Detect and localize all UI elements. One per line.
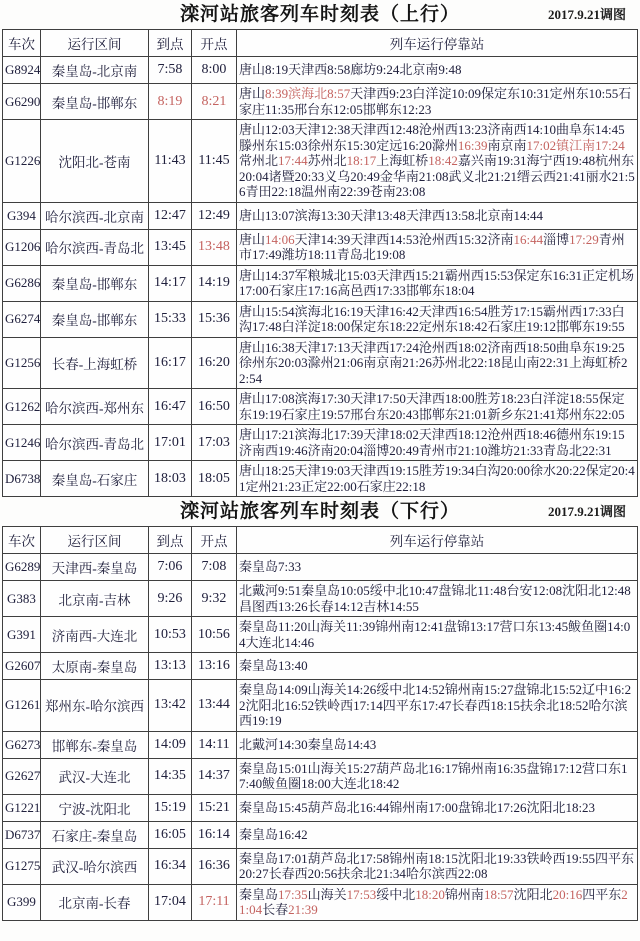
arrive-time-cell: 13:45 [149,229,192,265]
depart-time-cell: 15:21 [192,794,237,821]
stop-segment: 17:29 [569,232,599,247]
timetable-page: 滦河站旅客列车时刻表（上行） 2017.9.21调图 车次运行区间到点开点列车运… [0,0,640,921]
train-number-cell: G1261 [3,680,41,732]
train-row: G8924 秦皇岛-北京南 7:58 8:00 唐山8:19天津西8:58廊坊9… [3,57,638,84]
train-row: G6290 秦皇岛-邯郸东 8:19 8:21 唐山8:39滨海北8:57天津西… [3,84,638,120]
stop-segment: 唐山18:25天津19:03天津西19:15胜芳19:34白沟20:00徐水20… [239,463,635,494]
stops-cell: 唐山16:38天津17:13天津西17:24沧州西18:02济南西18:50曲阜… [237,337,638,389]
train-number-cell: G383 [3,581,41,617]
rows-body: G6289 天津西-秦皇岛 7:06 7:08 秦皇岛7:33 G383 北京南… [3,554,638,921]
column-header: 列车运行停靠站 [237,527,638,554]
route-cell: 秦皇岛-邯郸东 [41,265,149,301]
stops-cell: 唐山14:06天津14:39天津西14:53沧州西15:32济南16:44淄博1… [237,229,638,265]
stops-cell: 秦皇岛16:42 [237,821,638,848]
depart-time-cell: 13:16 [192,653,237,680]
route-cell: 郑州东-哈尔滨西 [41,680,149,732]
stop-segment: 17:35 [278,887,308,902]
depart-time-cell: 18:05 [192,461,237,497]
train-row: G1221 宁波-沈阳北 15:19 15:21 秦皇岛15:45葫芦岛北16:… [3,794,638,821]
train-number-cell: D6737 [3,821,41,848]
arrive-time-cell: 18:03 [149,461,192,497]
route-cell: 邯郸东-秦皇岛 [41,731,149,758]
train-number-cell: G1256 [3,337,41,389]
timetable-table: 车次运行区间到点开点列车运行停靠站 G8924 秦皇岛-北京南 7:58 8:0… [2,29,638,497]
train-number-cell: G6274 [3,301,41,337]
arrive-time-cell: 16:05 [149,821,192,848]
stop-segment: 唐山 [239,86,265,101]
stops-cell: 唐山8:39滨海北8:57天津西9:23白洋淀10:09保定东10:31定州东1… [237,84,638,120]
depart-time-cell: 14:37 [192,758,237,794]
stops-cell: 秦皇岛11:20山海关11:39锦州南12:41盘锦13:17营口东13:45鲅… [237,617,638,653]
route-cell: 武汉-大连北 [41,758,149,794]
stop-segment: 唐山13:07滨海13:30天津13:48天津西13:58北京南14:44 [239,208,543,223]
stop-segment: 唐山8:19天津西8:58廊坊9:24北京南9:48 [239,62,461,77]
route-cell: 济南西-大连北 [41,617,149,653]
revision-note: 2017.9.21调图 [548,0,626,29]
header-row: 车次运行区间到点开点列车运行停靠站 [3,527,638,554]
stop-segment: 秦皇岛15:01山海关15:27葫芦岛北16:17锦州南16:35盘锦17:12… [239,761,628,792]
train-row: G1246 哈尔滨西-青岛北 17:01 17:03 唐山17:21滨海北17:… [3,425,638,461]
stop-segment: 18:17 [347,153,377,168]
stop-segment: 8:39滨海北8:57 [265,86,350,101]
route-cell: 哈尔滨西-北京南 [41,202,149,229]
train-row: D6738 秦皇岛-石家庄 18:03 18:05 唐山18:25天津19:03… [3,461,638,497]
arrive-time-cell: 15:33 [149,301,192,337]
stops-cell: 秦皇岛13:40 [237,653,638,680]
column-header: 运行区间 [41,30,149,57]
stop-segment: 14:06 [265,232,295,247]
depart-time-cell: 16:14 [192,821,237,848]
stop-segment: 唐山16:38天津17:13天津西17:24沧州西18:02济南西18:50曲阜… [239,340,628,386]
route-cell: 北京南-长春 [41,884,149,920]
stop-segment: 18:57 [484,887,514,902]
route-cell: 石家庄-秦皇岛 [41,821,149,848]
route-cell: 哈尔滨西-青岛北 [41,425,149,461]
train-row: G6274 秦皇岛-邯郸东 15:33 15:36 唐山15:54滨海北16:1… [3,301,638,337]
route-cell: 武汉-哈尔滨西 [41,848,149,884]
depart-time-cell: 16:50 [192,389,237,425]
stops-cell: 秦皇岛14:09山海关14:26绥中北14:52锦州南15:27盘锦北15:52… [237,680,638,732]
arrive-time-cell: 8:19 [149,84,192,120]
title-bar: 滦河站旅客列车时刻表（下行） 2017.9.21调图 [2,497,638,526]
train-row: G383 北京南-吉林 9:26 9:32 北戴河9:51秦皇岛10:05绥中北… [3,581,638,617]
revision-note: 2017.9.21调图 [548,497,626,526]
train-row: G1275 武汉-哈尔滨西 16:34 16:36 秦皇岛17:01葫芦岛北17… [3,848,638,884]
tables-root: 滦河站旅客列车时刻表（上行） 2017.9.21调图 车次运行区间到点开点列车运… [2,0,638,921]
depart-time-cell: 10:56 [192,617,237,653]
train-number-cell: G2627 [3,758,41,794]
train-number-cell: G6286 [3,265,41,301]
arrive-time-cell: 9:26 [149,581,192,617]
stop-segment: 秦皇岛17:01葫芦岛北17:58锦州南18:15沈阳北19:33铁岭西19:5… [239,851,634,882]
stop-segment: 18:42 [428,153,458,168]
stops-cell: 唐山17:21滨海北17:39天津18:02天津西18:12沧州西18:46德州… [237,425,638,461]
stop-segment: 唐山17:08滨海17:30天津17:50天津西18:00胜芳18:23白洋淀1… [239,391,625,422]
arrive-time-cell: 10:53 [149,617,192,653]
stop-segment: 绥中北 [376,887,415,902]
route-cell: 沈阳北-苍南 [41,120,149,203]
train-number-cell: G6273 [3,731,41,758]
depart-time-cell: 16:36 [192,848,237,884]
stop-segment: 秦皇岛15:45葫芦岛北16:44锦州南17:00盘锦北17:26沈阳北18:2… [239,800,595,815]
stop-segment: 秦皇岛7:33 [239,559,301,574]
arrive-time-cell: 16:34 [149,848,192,884]
stop-segment: 南京南 [487,138,526,153]
stops-cell: 唐山14:37军粮城北15:03天津西15:21霸州西15:53保定东16:31… [237,265,638,301]
stop-segment: 淄博 [543,232,569,247]
header-row: 车次运行区间到点开点列车运行停靠站 [3,30,638,57]
depart-time-cell: 14:11 [192,731,237,758]
route-cell: 长春-上海虹桥 [41,337,149,389]
arrive-time-cell: 16:17 [149,337,192,389]
column-header: 车次 [3,527,41,554]
column-header: 到点 [149,30,192,57]
arrive-time-cell: 13:13 [149,653,192,680]
column-header: 开点 [192,527,237,554]
stop-segment: 秦皇岛11:20山海关11:39锦州南12:41盘锦13:17营口东13:45鲅… [239,619,630,650]
timetable-section: 滦河站旅客列车时刻表（上行） 2017.9.21调图 车次运行区间到点开点列车运… [2,0,638,497]
route-cell: 哈尔滨西-郑州东 [41,389,149,425]
train-number-cell: G1221 [3,794,41,821]
stops-cell: 唐山15:54滨海北16:19天津16:42天津西16:54胜芳17:15霸州西… [237,301,638,337]
stop-segment: 17:53 [347,887,377,902]
stops-cell: 秦皇岛7:33 [237,554,638,581]
route-cell: 北京南-吉林 [41,581,149,617]
route-cell: 秦皇岛-邯郸东 [41,301,149,337]
stop-segment: 四平东 [582,887,621,902]
train-number-cell: G1262 [3,389,41,425]
depart-time-cell: 12:49 [192,202,237,229]
column-header: 到点 [149,527,192,554]
stops-cell: 唐山17:08滨海17:30天津17:50天津西18:00胜芳18:23白洋淀1… [237,389,638,425]
train-number-cell: G391 [3,617,41,653]
train-row: G1256 长春-上海虹桥 16:17 16:20 唐山16:38天津17:13… [3,337,638,389]
arrive-time-cell: 14:17 [149,265,192,301]
rows-body: G8924 秦皇岛-北京南 7:58 8:00 唐山8:19天津西8:58廊坊9… [3,57,638,497]
depart-time-cell: 7:08 [192,554,237,581]
train-row: G1262 哈尔滨西-郑州东 16:47 16:50 唐山17:08滨海17:3… [3,389,638,425]
column-header: 车次 [3,30,41,57]
train-row: G399 北京南-长春 17:04 17:11 秦皇岛17:35山海关17:53… [3,884,638,920]
arrive-time-cell: 15:19 [149,794,192,821]
arrive-time-cell: 16:47 [149,389,192,425]
train-row: G1226 沈阳北-苍南 11:43 11:45 唐山12:03天津12:38天… [3,120,638,203]
train-number-cell: G2607 [3,653,41,680]
depart-time-cell: 8:00 [192,57,237,84]
stop-segment: 21:39 [288,902,318,917]
column-header: 开点 [192,30,237,57]
depart-time-cell: 13:44 [192,680,237,732]
train-number-cell: D6738 [3,461,41,497]
stop-segment: 长春 [262,902,288,917]
stops-cell: 唐山12:03天津12:38天津西12:48沧州西13:23济南西14:10曲阜… [237,120,638,203]
arrive-time-cell: 14:35 [149,758,192,794]
route-cell: 秦皇岛-邯郸东 [41,84,149,120]
train-row: G391 济南西-大连北 10:53 10:56 秦皇岛11:20山海关11:3… [3,617,638,653]
depart-time-cell: 9:32 [192,581,237,617]
stop-segment: 16:44 [513,232,543,247]
stop-segment: 天津14:39天津西14:53沧州西15:32济南 [295,232,514,247]
train-row: G2627 武汉-大连北 14:35 14:37 秦皇岛15:01山海关15:2… [3,758,638,794]
stop-segment: 秦皇岛14:09山海关14:26绥中北14:52锦州南15:27盘锦北15:52… [239,682,631,728]
depart-time-cell: 8:21 [192,84,237,120]
stop-segment: 唐山 [239,232,265,247]
stops-cell: 北戴河9:51秦皇岛10:05绥中北10:47盘锦北11:48台安12:08沈阳… [237,581,638,617]
stop-segment: 北戴河14:30秦皇岛14:43 [239,737,376,752]
train-row: G394 哈尔滨西-北京南 12:47 12:49 唐山13:07滨海13:30… [3,202,638,229]
arrive-time-cell: 12:47 [149,202,192,229]
route-cell: 秦皇岛-石家庄 [41,461,149,497]
arrive-time-cell: 17:04 [149,884,192,920]
stop-segment: 唐山15:54滨海北16:19天津16:42天津西16:54胜芳17:15霸州西… [239,304,625,335]
depart-time-cell: 17:11 [192,884,237,920]
train-row: G2607 太原南-秦皇岛 13:13 13:16 秦皇岛13:40 [3,653,638,680]
stop-segment: 18:20 [415,887,445,902]
stop-segment: 秦皇岛16:42 [239,827,308,842]
stop-segment: 秦皇岛 [239,887,278,902]
arrive-time-cell: 17:01 [149,425,192,461]
column-header: 列车运行停靠站 [237,30,638,57]
route-cell: 宁波-沈阳北 [41,794,149,821]
timetable-table: 车次运行区间到点开点列车运行停靠站 G6289 天津西-秦皇岛 7:06 7:0… [2,526,638,921]
stop-segment: 北戴河9:51秦皇岛10:05绥中北10:47盘锦北11:48台安12:08沈阳… [239,583,631,614]
train-number-cell: G1206 [3,229,41,265]
arrive-time-cell: 7:58 [149,57,192,84]
stop-segment: 上海虹桥 [376,153,428,168]
train-number-cell: G1226 [3,120,41,203]
train-row: G6289 天津西-秦皇岛 7:06 7:08 秦皇岛7:33 [3,554,638,581]
arrive-time-cell: 11:43 [149,120,192,203]
route-cell: 天津西-秦皇岛 [41,554,149,581]
stops-cell: 唐山18:25天津19:03天津西19:15胜芳19:34白沟20:00徐水20… [237,461,638,497]
train-number-cell: G6290 [3,84,41,120]
stops-cell: 秦皇岛15:01山海关15:27葫芦岛北16:17锦州南16:35盘锦17:12… [237,758,638,794]
depart-time-cell: 15:36 [192,301,237,337]
stop-segment: 20:16 [553,887,583,902]
train-number-cell: G8924 [3,57,41,84]
depart-time-cell: 14:19 [192,265,237,301]
table-title: 滦河站旅客列车时刻表（上行） [180,4,460,25]
stop-segment: 16:39 [458,138,488,153]
stop-segment: 常州北 [239,153,278,168]
stops-cell: 北戴河14:30秦皇岛14:43 [237,731,638,758]
train-number-cell: G1275 [3,848,41,884]
arrive-time-cell: 13:42 [149,680,192,732]
train-row: G1261 郑州东-哈尔滨西 13:42 13:44 秦皇岛14:09山海关14… [3,680,638,732]
stop-segment: 苏州北 [308,153,347,168]
stop-segment: 锦州南 [445,887,484,902]
table-title: 滦河站旅客列车时刻表（下行） [180,501,460,522]
depart-time-cell: 11:45 [192,120,237,203]
route-cell: 太原南-秦皇岛 [41,653,149,680]
train-row: D6737 石家庄-秦皇岛 16:05 16:14 秦皇岛16:42 [3,821,638,848]
stops-cell: 唐山8:19天津西8:58廊坊9:24北京南9:48 [237,57,638,84]
timetable-section: 滦河站旅客列车时刻表（下行） 2017.9.21调图 车次运行区间到点开点列车运… [2,497,638,921]
stop-segment: 17:44 [278,153,308,168]
stop-segment: 唐山14:37军粮城北15:03天津西15:21霸州西15:53保定东16:31… [239,268,634,299]
stops-cell: 秦皇岛17:35山海关17:53绥中北18:20锦州南18:57沈阳北20:16… [237,884,638,920]
train-number-cell: G6289 [3,554,41,581]
column-header: 运行区间 [41,527,149,554]
stops-cell: 唐山13:07滨海13:30天津13:48天津西13:58北京南14:44 [237,202,638,229]
train-row: G1206 哈尔滨西-青岛北 13:45 13:48 唐山14:06天津14:3… [3,229,638,265]
stops-cell: 秦皇岛17:01葫芦岛北17:58锦州南18:15沈阳北19:33铁岭西19:5… [237,848,638,884]
depart-time-cell: 17:03 [192,425,237,461]
route-cell: 哈尔滨西-青岛北 [41,229,149,265]
stops-cell: 秦皇岛15:45葫芦岛北16:44锦州南17:00盘锦北17:26沈阳北18:2… [237,794,638,821]
train-row: G6286 秦皇岛-邯郸东 14:17 14:19 唐山14:37军粮城北15:… [3,265,638,301]
stop-segment: 唐山17:21滨海北17:39天津18:02天津西18:12沧州西18:46德州… [239,427,625,458]
depart-time-cell: 16:20 [192,337,237,389]
title-bar: 滦河站旅客列车时刻表（上行） 2017.9.21调图 [2,0,638,29]
arrive-time-cell: 7:06 [149,554,192,581]
route-cell: 秦皇岛-北京南 [41,57,149,84]
train-number-cell: G399 [3,884,41,920]
stop-segment: 山海关 [308,887,347,902]
stop-segment: 17:02镇江南17:24 [526,138,624,153]
stop-segment: 秦皇岛13:40 [239,658,308,673]
stop-segment: 沈阳北 [514,887,553,902]
train-number-cell: G394 [3,202,41,229]
arrive-time-cell: 14:09 [149,731,192,758]
depart-time-cell: 13:48 [192,229,237,265]
train-row: G6273 邯郸东-秦皇岛 14:09 14:11 北戴河14:30秦皇岛14:… [3,731,638,758]
train-number-cell: G1246 [3,425,41,461]
